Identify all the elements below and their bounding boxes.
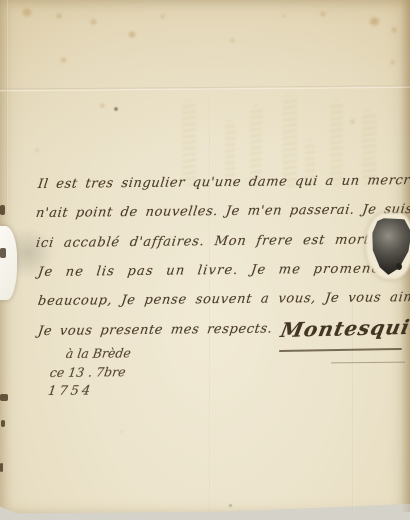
- edge-ink-mark: [0, 248, 6, 258]
- stain: [230, 38, 235, 43]
- letter-sheet: [0, 0, 410, 520]
- stain: [160, 14, 165, 19]
- stain: [100, 103, 105, 108]
- ghost-writing: [250, 105, 262, 185]
- stain: [282, 14, 286, 18]
- stain: [22, 8, 32, 17]
- edge-ink-mark: [0, 394, 8, 401]
- stain: [369, 17, 380, 26]
- stain: [120, 430, 123, 433]
- letter-line: Je vous presente mes respects.: [37, 322, 273, 339]
- signature: Montesquieu: [279, 314, 410, 342]
- stain: [128, 31, 136, 38]
- stain: [114, 107, 118, 111]
- stain: [90, 19, 97, 25]
- closing-place: à la Brède: [65, 345, 132, 361]
- stain: [229, 504, 232, 507]
- stain: [56, 13, 62, 19]
- ghost-writing: [225, 120, 235, 180]
- letter-photo: Il est tres singulier qu'une dame qui a …: [0, 0, 410, 520]
- stain: [35, 148, 39, 152]
- ghost-writing: [330, 100, 343, 185]
- stain: [60, 57, 67, 63]
- ghost-writing: [182, 100, 196, 185]
- vertical-fold-crease-left: [6, 0, 8, 212]
- stain: [390, 60, 395, 65]
- edge-ink-mark: [1, 420, 5, 427]
- ghost-writing: [283, 95, 297, 187]
- edge-ink-mark: [0, 463, 3, 472]
- closing-date: ce 13 . 7bre: [49, 364, 127, 380]
- stain: [391, 27, 397, 33]
- stain: [350, 119, 355, 124]
- closing-year: 1754: [47, 384, 94, 399]
- seal-ink-spot: [396, 263, 402, 270]
- edge-ink-mark: [0, 205, 5, 215]
- stain: [320, 11, 326, 17]
